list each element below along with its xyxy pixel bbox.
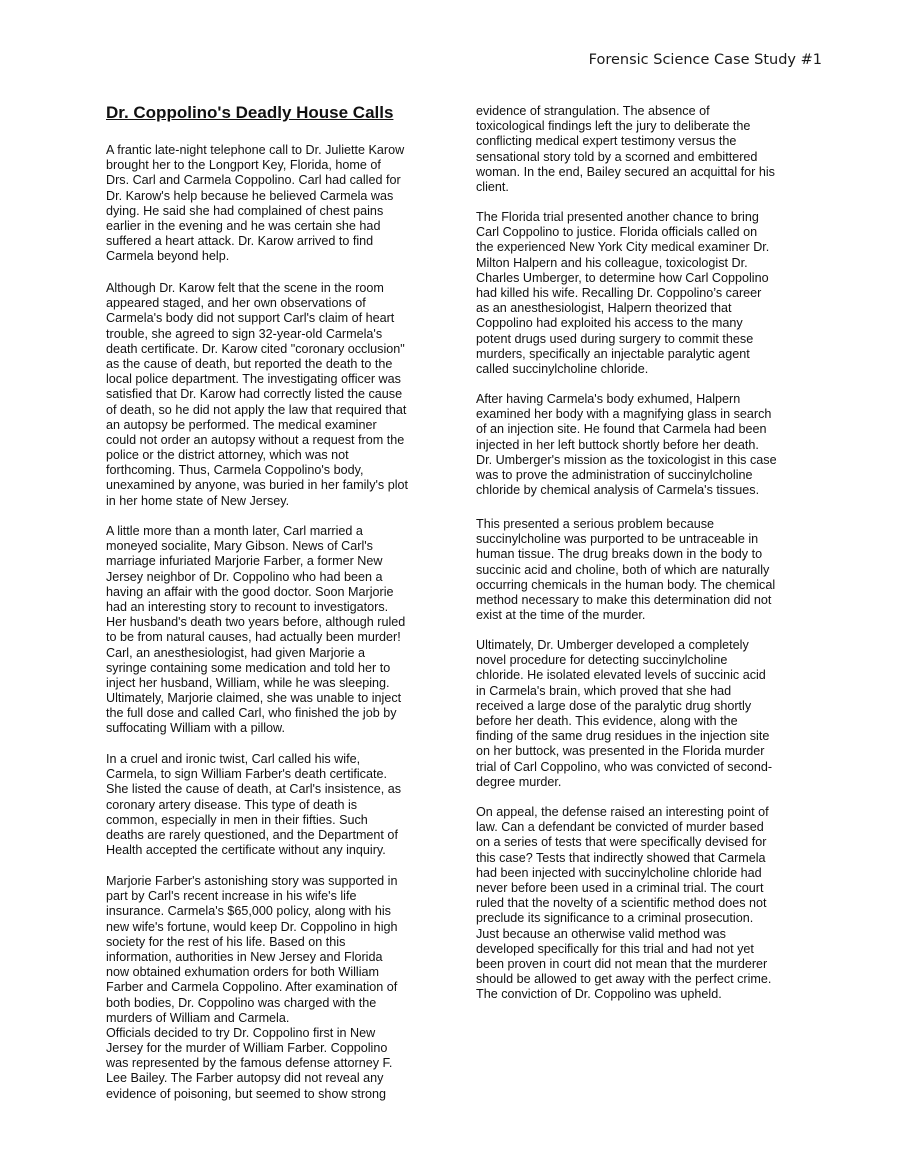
text-line: conflicting medical expert testimony ver…	[476, 134, 775, 149]
text-line: having an affair with the good doctor. S…	[106, 585, 405, 600]
text-line: forthcoming. Thus, Carmela Coppolino's b…	[106, 463, 408, 478]
text-line: examined her body with a magnifying glas…	[476, 407, 777, 422]
text-line: preclude its significance to a criminal …	[476, 911, 771, 926]
text-line: was represented by the famous defense at…	[106, 1056, 398, 1071]
text-line: police or the district attorney, which w…	[106, 448, 408, 463]
text-line: Marjorie Farber's astonishing story was …	[106, 874, 398, 889]
text-line: Officials decided to try Dr. Coppolino f…	[106, 1026, 398, 1041]
text-line: toxicological findings left the jury to …	[476, 119, 775, 134]
text-line: as an anesthesiologist, Halpern theorize…	[476, 301, 769, 316]
text-line: succinic acid and choline, both of which…	[476, 563, 775, 578]
text-line: method necessary to make this determinat…	[476, 593, 775, 608]
text-line: on a series of tests that were specifica…	[476, 835, 771, 850]
text-line: common, especially in men in their fifti…	[106, 813, 401, 828]
text-line: novel procedure for detecting succinylch…	[476, 653, 772, 668]
text-line: part by Carl's recent increase in his wi…	[106, 889, 398, 904]
text-line: now obtained exhumation orders for both …	[106, 965, 398, 980]
text-line: syringe containing some medication and t…	[106, 661, 405, 676]
text-line: Ultimately, Marjorie claimed, she was un…	[106, 691, 405, 706]
text-line: client.	[476, 180, 775, 195]
text-line: Ultimately, Dr. Umberger developed a com…	[476, 638, 772, 653]
text-line: suffered a heart attack. Dr. Karow arriv…	[106, 234, 404, 249]
paragraph: The Florida trial presented another chan…	[476, 210, 769, 377]
text-line: satisfied that Dr. Karow had correctly l…	[106, 387, 408, 402]
text-line: law. Can a defendant be convicted of mur…	[476, 820, 771, 835]
text-line: dying. He said she had complained of che…	[106, 204, 404, 219]
text-line: could not order an autopsy without a req…	[106, 433, 408, 448]
text-line: This presented a serious problem because	[476, 517, 775, 532]
text-line: Carl, an anesthesiologist, had given Mar…	[106, 646, 405, 661]
text-line: new wife's fortune, would keep Dr. Coppo…	[106, 920, 398, 935]
text-line: insurance. Carmela's $65,000 policy, alo…	[106, 904, 398, 919]
running-header: Forensic Science Case Study #1	[0, 52, 900, 68]
text-line: had an interesting story to recount to i…	[106, 600, 405, 615]
text-line: Carmela's body did not support Carl's cl…	[106, 311, 408, 326]
paragraph: On appeal, the defense raised an interes…	[476, 805, 771, 1002]
paragraph: evidence of strangulation. The absence o…	[476, 104, 775, 195]
text-line: The Florida trial presented another chan…	[476, 210, 769, 225]
text-line: been proven in court did not mean that t…	[476, 957, 771, 972]
text-line: Coppolino had exploited his access to th…	[476, 316, 769, 331]
text-line: the experienced New York City medical ex…	[476, 240, 769, 255]
text-line: had killed his wife. Recalling Dr. Coppo…	[476, 286, 769, 301]
text-line: Farber and Carmela Coppolino. After exam…	[106, 980, 398, 995]
paragraph: Ultimately, Dr. Umberger developed a com…	[476, 638, 772, 790]
text-line: never before been used in a criminal tri…	[476, 881, 771, 896]
text-line: ruled that the novelty of a scientific m…	[476, 896, 771, 911]
text-line: called succinylcholine chloride.	[476, 362, 769, 377]
text-line: of death, so he did not apply the law th…	[106, 403, 408, 418]
text-line: before her death. This evidence, along w…	[476, 714, 772, 729]
paragraph: Marjorie Farber's astonishing story was …	[106, 874, 398, 1102]
text-line: suffocating William with a pillow.	[106, 721, 405, 736]
article-title: Dr. Coppolino's Deadly House Calls	[106, 103, 393, 123]
text-line: in Carmela's brain, which proved that sh…	[476, 684, 772, 699]
text-line: A frantic late-night telephone call to D…	[106, 143, 404, 158]
text-line: developed specifically for this trial an…	[476, 942, 771, 957]
text-line: death certificate. Dr. Karow cited "coro…	[106, 342, 408, 357]
text-line: information, authorities in New Jersey a…	[106, 950, 398, 965]
text-line: degree murder.	[476, 775, 772, 790]
text-line: chloride. He isolated elevated levels of…	[476, 668, 772, 683]
text-line: sensational story told by a scorned and …	[476, 150, 775, 165]
text-line: had been injected with succinylcholine c…	[476, 866, 771, 881]
text-line: Dr. Karow's help because he believed Car…	[106, 189, 404, 204]
text-line: earlier in the evening and he was certai…	[106, 219, 404, 234]
text-line: A little more than a month later, Carl m…	[106, 524, 405, 539]
text-line: Carmela, to sign William Farber's death …	[106, 767, 401, 782]
paragraph: A frantic late-night telephone call to D…	[106, 143, 404, 265]
text-line: woman. In the end, Bailey secured an acq…	[476, 165, 775, 180]
text-line: Jersey for the murder of William Farber.…	[106, 1041, 398, 1056]
text-line: exist at the time of the murder.	[476, 608, 775, 623]
text-line: murders of William and Carmela.	[106, 1011, 398, 1026]
text-line: Lee Bailey. The Farber autopsy did not r…	[106, 1071, 398, 1086]
text-line: unexamined by anyone, was buried in her …	[106, 478, 408, 493]
text-line: received a large dose of the paralytic d…	[476, 699, 772, 714]
text-line: Charles Umberger, to determine how Carl …	[476, 271, 769, 286]
text-line: the full dose and called Carl, who finis…	[106, 706, 405, 721]
text-line: inject her husband, William, while he wa…	[106, 676, 405, 691]
text-line: On appeal, the defense raised an interes…	[476, 805, 771, 820]
text-line: In a cruel and ironic twist, Carl called…	[106, 752, 401, 767]
text-line: Just because an otherwise valid method w…	[476, 927, 771, 942]
text-line: Her husband's death two years before, al…	[106, 615, 405, 630]
text-line: local police department. The investigati…	[106, 372, 408, 387]
text-line: of an injection site. He found that Carm…	[476, 422, 777, 437]
text-line: was to prove the administration of succi…	[476, 468, 777, 483]
text-line: The conviction of Dr. Coppolino was uphe…	[476, 987, 771, 1002]
text-line: Although Dr. Karow felt that the scene i…	[106, 281, 408, 296]
text-line: finding of the same drug residues in the…	[476, 729, 772, 744]
text-line: murders, specifically an injectable para…	[476, 347, 769, 362]
text-line: injected in her left buttock shortly bef…	[476, 438, 777, 453]
text-line: Dr. Umberger's mission as the toxicologi…	[476, 453, 777, 468]
text-line: After having Carmela's body exhumed, Hal…	[476, 392, 777, 407]
text-line: evidence of strangulation. The absence o…	[476, 104, 775, 119]
text-line: trial of Carl Coppolino, who was convict…	[476, 760, 772, 775]
text-line: chloride by chemical analysis of Carmela…	[476, 483, 777, 498]
text-line: brought her to the Longport Key, Florida…	[106, 158, 404, 173]
text-line: appeared staged, and her own observation…	[106, 296, 408, 311]
text-line: to be from natural causes, had actually …	[106, 630, 405, 645]
text-line: in her home state of New Jersey.	[106, 494, 408, 509]
text-line: society for the rest of his life. Based …	[106, 935, 398, 950]
paragraph: In a cruel and ironic twist, Carl called…	[106, 752, 401, 858]
text-line: moneyed socialite, Mary Gibson. News of …	[106, 539, 405, 554]
paragraph: Although Dr. Karow felt that the scene i…	[106, 281, 408, 509]
text-line: Carmela beyond help.	[106, 249, 404, 264]
text-line: marriage infuriated Marjorie Farber, a f…	[106, 554, 405, 569]
text-line: succinylcholine was purported to be untr…	[476, 532, 775, 547]
text-line: both bodies, Dr. Coppolino was charged w…	[106, 996, 398, 1011]
text-line: human tissue. The drug breaks down in th…	[476, 547, 775, 562]
text-line: occurring chemicals in the human body. T…	[476, 578, 775, 593]
text-line: Carl Coppolino to justice. Florida offic…	[476, 225, 769, 240]
text-line: should be allowed to get away with the p…	[476, 972, 771, 987]
text-line: as the cause of death, but reported the …	[106, 357, 408, 372]
text-line: this case? Tests that indirectly showed …	[476, 851, 771, 866]
paragraph: This presented a serious problem because…	[476, 517, 775, 623]
text-line: on her buttock, was presented in the Flo…	[476, 744, 772, 759]
text-line: coronary artery disease. This type of de…	[106, 798, 401, 813]
text-line: potent drugs used during surgery to comm…	[476, 332, 769, 347]
text-line: Milton Halpern and his colleague, toxico…	[476, 256, 769, 271]
text-line: evidence of poisoning, but seemed to sho…	[106, 1087, 398, 1102]
text-line: an autopsy be performed. The medical exa…	[106, 418, 408, 433]
paragraph: After having Carmela's body exhumed, Hal…	[476, 392, 777, 498]
text-line: Jersey neighbor of Dr. Coppolino who had…	[106, 570, 405, 585]
text-line: trouble, she agreed to sign 32-year-old …	[106, 327, 408, 342]
text-line: Drs. Carl and Carmela Coppolino. Carl ha…	[106, 173, 404, 188]
paragraph: A little more than a month later, Carl m…	[106, 524, 405, 737]
text-line: She listed the cause of death, at Carl's…	[106, 782, 401, 797]
text-line: deaths are rarely questioned, and the De…	[106, 828, 401, 843]
text-line: Health accepted the certificate without …	[106, 843, 401, 858]
